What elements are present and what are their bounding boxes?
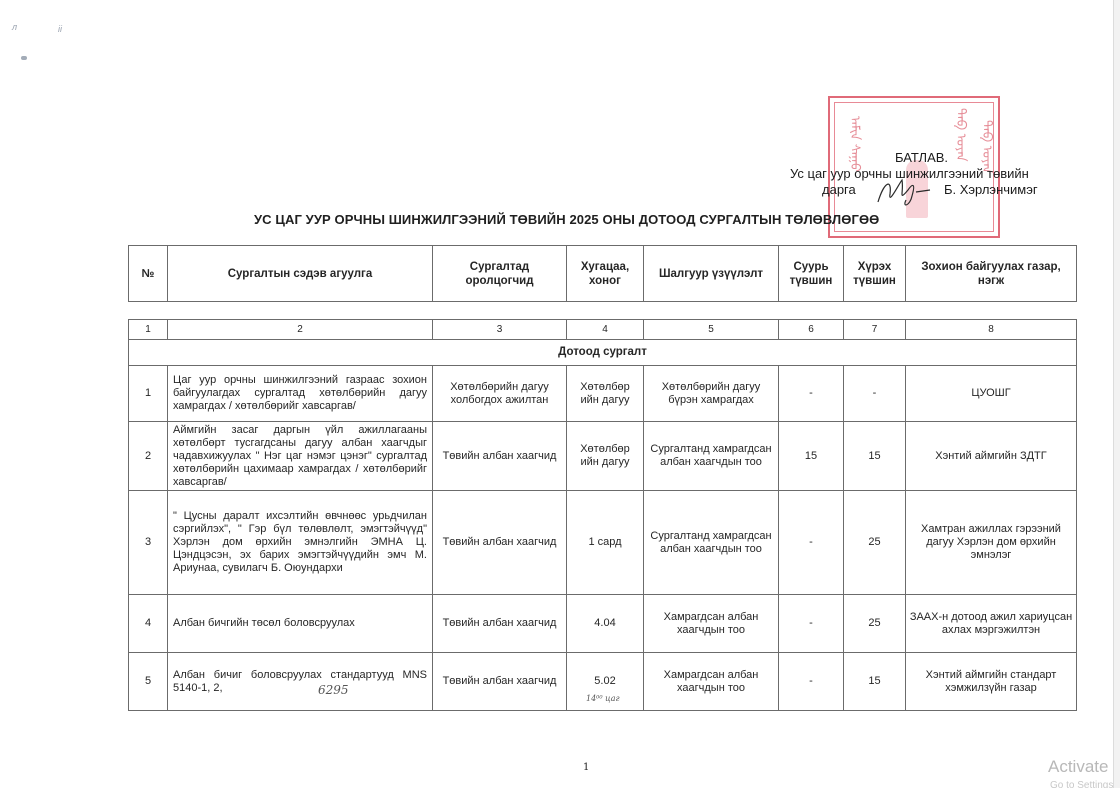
header-topic: Сургалтын сэдэв агуулга bbox=[168, 246, 433, 302]
table-row: 4 Албан бичгийн төсөл боловсруулах Төвий… bbox=[129, 595, 1077, 653]
approval-name: Б. Хэрлэнчимэг bbox=[944, 182, 1038, 197]
column-number: 3 bbox=[433, 320, 567, 340]
plan-table-body: 1 2 3 4 5 6 7 8 Дотоод сургалт 1 Цаг уур… bbox=[128, 319, 1077, 711]
row-target: 25 bbox=[844, 595, 906, 653]
stamp-script-left: ᠠᠮᠢᠨ ᠰᠠᠭᠤ bbox=[844, 116, 867, 172]
row-duration: 1 сард bbox=[567, 491, 644, 595]
signature-icon bbox=[872, 172, 932, 212]
row-number: 4 bbox=[129, 595, 168, 653]
row-topic: Албан бичиг боловсруулах стандартууд MNS… bbox=[168, 653, 433, 711]
row-number: 3 bbox=[129, 491, 168, 595]
row-baseline: - bbox=[779, 491, 844, 595]
header-organizer: Зохион байгуулах газар, нэгж bbox=[906, 246, 1077, 302]
row-organizer: Хэнтий аймгийн ЗДТГ bbox=[906, 422, 1077, 491]
row-criteria: Сургалтанд хамрагдсан албан хаагчдын тоо bbox=[644, 491, 779, 595]
row-organizer: Хамтран ажиллах гэрээний дагуу Хэрлэн до… bbox=[906, 491, 1077, 595]
scan-speck bbox=[21, 56, 27, 60]
row-baseline: - bbox=[779, 366, 844, 422]
row-number: 2 bbox=[129, 422, 168, 491]
row-target: 25 bbox=[844, 491, 906, 595]
row-target: - bbox=[844, 366, 906, 422]
row-criteria: Хамрагдсан албан хаагчдын тоо bbox=[644, 653, 779, 711]
column-number: 5 bbox=[644, 320, 779, 340]
handwritten-note: 14⁰⁰ цаг bbox=[586, 694, 620, 703]
row-topic: " Цусны даралт ихсэлтийн өвчнөөс урьдчил… bbox=[168, 491, 433, 595]
column-number: 2 bbox=[168, 320, 433, 340]
row-participants: Хөтөлбөрийн дагуу холбогдох ажилтан bbox=[433, 366, 567, 422]
scan-artifact: л bbox=[12, 22, 17, 32]
column-number: 7 bbox=[844, 320, 906, 340]
row-target: 15 bbox=[844, 653, 906, 711]
header-criteria: Шалгуур үзүүлэлт bbox=[644, 246, 779, 302]
row-participants: Төвийн албан хаагчид bbox=[433, 595, 567, 653]
column-number: 8 bbox=[906, 320, 1077, 340]
section-row: Дотоод сургалт bbox=[129, 340, 1077, 366]
header-duration: Хугацаа, хоног bbox=[567, 246, 644, 302]
table-row: 2 Аймгийн засаг даргын үйл ажиллагааны х… bbox=[129, 422, 1077, 491]
column-number: 4 bbox=[567, 320, 644, 340]
header-participants: Сургалтад оролцогчид bbox=[433, 246, 567, 302]
column-number: 6 bbox=[779, 320, 844, 340]
scanned-document-page: л іі ᠠᠮᠢᠨ ᠰᠠᠭᠤ ᠲᠡᠪ ᠤᠶᠠᠨ ᠲᠡᠪ ᠤᠶᠠᠨ БАТЛАВ.… bbox=[0, 0, 1120, 788]
handwritten-note: 6295 bbox=[318, 683, 349, 697]
row-baseline: 15 bbox=[779, 422, 844, 491]
row-participants: Төвийн албан хаагчид bbox=[433, 491, 567, 595]
header-number: № bbox=[129, 246, 168, 302]
row-topic: Аймгийн засаг даргын үйл ажиллагааны хөт… bbox=[168, 422, 433, 491]
column-number: 1 bbox=[129, 320, 168, 340]
section-title: Дотоод сургалт bbox=[129, 340, 1077, 366]
column-number-row: 1 2 3 4 5 6 7 8 bbox=[129, 320, 1077, 340]
row-criteria: Хамрагдсан албан хаагчдын тоо bbox=[644, 595, 779, 653]
row-topic: Албан бичгийн төсөл боловсруулах bbox=[168, 595, 433, 653]
activation-watermark: Activate bbox=[1048, 757, 1108, 777]
table-row: 3 " Цусны даралт ихсэлтийн өвчнөөс урьдч… bbox=[129, 491, 1077, 595]
row-participants: Төвийн албан хаагчид bbox=[433, 653, 567, 711]
row-target: 15 bbox=[844, 422, 906, 491]
row-criteria: Сургалтанд хамрагдсан албан хаагчдын тоо bbox=[644, 422, 779, 491]
approval-role: дарга bbox=[822, 182, 856, 197]
row-baseline: - bbox=[779, 653, 844, 711]
row-duration: Хөтөлбөр ийн дагуу bbox=[567, 422, 644, 491]
row-baseline: - bbox=[779, 595, 844, 653]
header-baseline: Суурь түвшин bbox=[779, 246, 844, 302]
row-duration: Хөтөлбөр ийн дагуу bbox=[567, 366, 644, 422]
plan-table-header: № Сургалтын сэдэв агуулга Сургалтад орол… bbox=[128, 245, 1077, 302]
row-organizer: ЦУОШГ bbox=[906, 366, 1077, 422]
stamp-script-right: ᠲᠡᠪ ᠤᠶᠠᠨ bbox=[950, 108, 973, 162]
scan-artifact: іі bbox=[58, 24, 62, 34]
row-number: 5 bbox=[129, 653, 168, 711]
row-duration: 4.04 bbox=[567, 595, 644, 653]
activation-watermark-subtitle: Go to Settings bbox=[1050, 780, 1113, 788]
row-number: 1 bbox=[129, 366, 168, 422]
row-organizer: ЗААХ-н дотоод ажил хариуцсан ахлах мэргэ… bbox=[906, 595, 1077, 653]
page-edge bbox=[1113, 0, 1120, 788]
page-number: 1 bbox=[583, 762, 589, 773]
row-criteria: Хөтөлбөрийн дагуу бүрэн хамрагдах bbox=[644, 366, 779, 422]
approval-title: БАТЛАВ. bbox=[895, 150, 948, 165]
row-participants: Төвийн албан хаагчид bbox=[433, 422, 567, 491]
table-row: 1 Цаг уур орчны шинжилгээний газраас зох… bbox=[129, 366, 1077, 422]
row-organizer: Хэнтий аймгийн стандарт хэмжилзүйн газар bbox=[906, 653, 1077, 711]
header-target: Хүрэх түвшин bbox=[844, 246, 906, 302]
row-topic: Цаг уур орчны шинжилгээний газраас зохио… bbox=[168, 366, 433, 422]
document-title: УС ЦАГ УУР ОРЧНЫ ШИНЖИЛГЭЭНИЙ ТӨВИЙН 202… bbox=[254, 212, 879, 227]
